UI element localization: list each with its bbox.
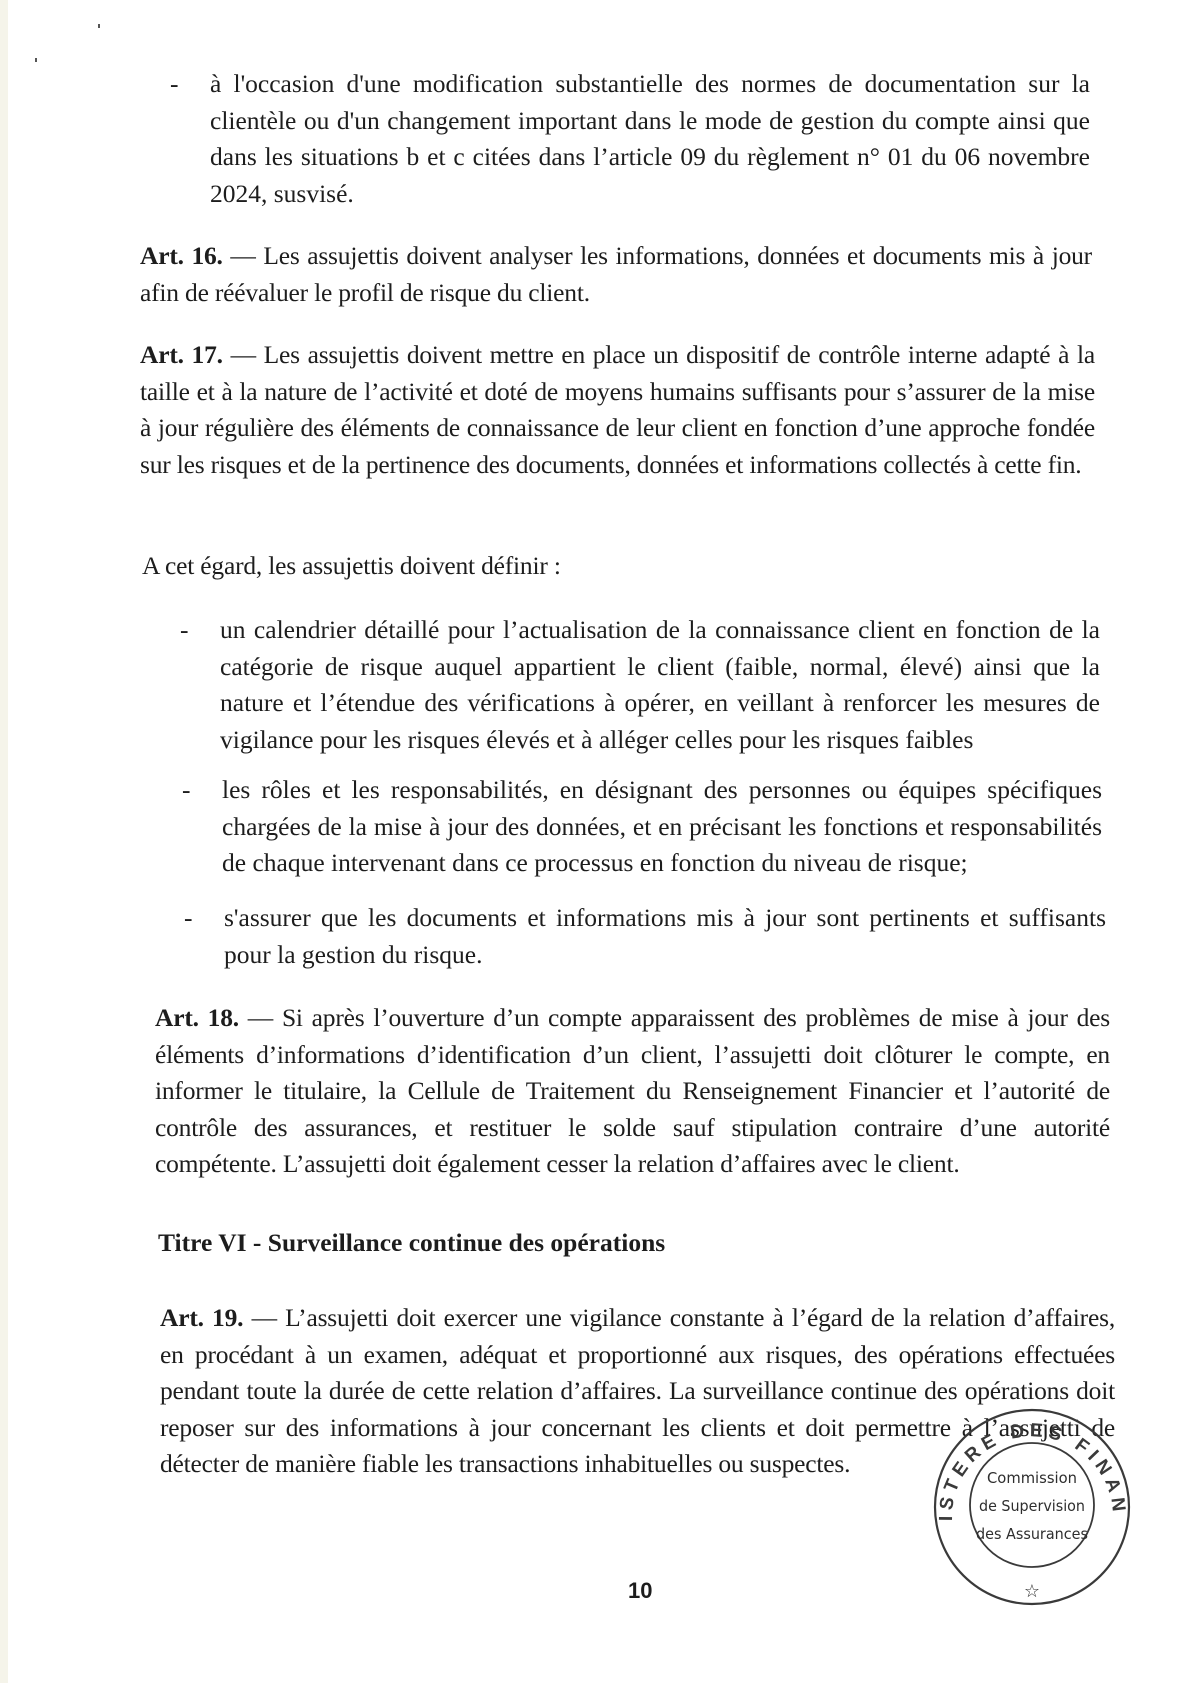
page-number: 10: [628, 1578, 652, 1604]
list-dash: -: [182, 772, 191, 809]
stamp-line-2: de Supervision: [979, 1497, 1085, 1515]
article-17: Art. 17. — Les assujettis doivent mettre…: [140, 337, 1095, 483]
official-stamp: MINISTERE DES FINANCES Commission de Sup…: [930, 1405, 1135, 1610]
article-18: Art. 18. — Si après l’ouverture d’un com…: [155, 1000, 1110, 1183]
scan-speck: [98, 24, 100, 28]
list-dash: -: [170, 66, 179, 103]
document-page: - à l'occasion d'une modification substa…: [0, 0, 1190, 1683]
list-dash: -: [184, 900, 193, 937]
stamp-line-1: Commission: [987, 1469, 1077, 1487]
list-item-text: à l'occasion d'une modification substant…: [210, 66, 1090, 212]
scan-speck: [35, 58, 37, 62]
list-item: - s'assurer que les documents et informa…: [224, 900, 1106, 973]
section-heading: Titre VI - Surveillance continue des opé…: [158, 1228, 665, 1258]
article-text: Si après l’ouverture d’un compte apparai…: [155, 1003, 1110, 1178]
star-icon: ☆: [1024, 1581, 1040, 1602]
article-16: Art. 16. — Les assujettis doivent analys…: [140, 238, 1092, 311]
list-item-text: un calendrier détaillé pour l’actualisat…: [220, 612, 1100, 758]
scan-edge: [0, 0, 8, 1683]
article-text: Les assujettis doivent analyser les info…: [140, 241, 1092, 307]
em-dash: —: [223, 241, 264, 270]
list-item-text: les rôles et les responsabilités, en dés…: [222, 772, 1102, 882]
em-dash: —: [223, 340, 264, 369]
list-item-continuation: - à l'occasion d'une modification substa…: [210, 66, 1090, 212]
em-dash: —: [243, 1303, 285, 1332]
intro-text: A cet égard, les assujettis doivent défi…: [142, 548, 1042, 585]
em-dash: —: [239, 1003, 282, 1032]
article-17-intro: A cet égard, les assujettis doivent défi…: [142, 548, 1042, 585]
article-text: Les assujettis doivent mettre en place u…: [140, 340, 1095, 479]
stamp-seal-icon: MINISTERE DES FINANCES Commission de Sup…: [930, 1405, 1135, 1610]
article-label: Art. 18.: [155, 1003, 239, 1032]
stamp-line-3: des Assurances: [976, 1525, 1088, 1543]
list-item: - un calendrier détaillé pour l’actualis…: [220, 612, 1100, 758]
list-item-text: s'assurer que les documents et informati…: [224, 900, 1106, 973]
list-dash: -: [180, 612, 189, 649]
list-item: - les rôles et les responsabilités, en d…: [222, 772, 1102, 882]
article-label: Art. 16.: [140, 241, 223, 270]
article-label: Art. 19.: [160, 1303, 243, 1332]
article-label: Art. 17.: [140, 340, 223, 369]
